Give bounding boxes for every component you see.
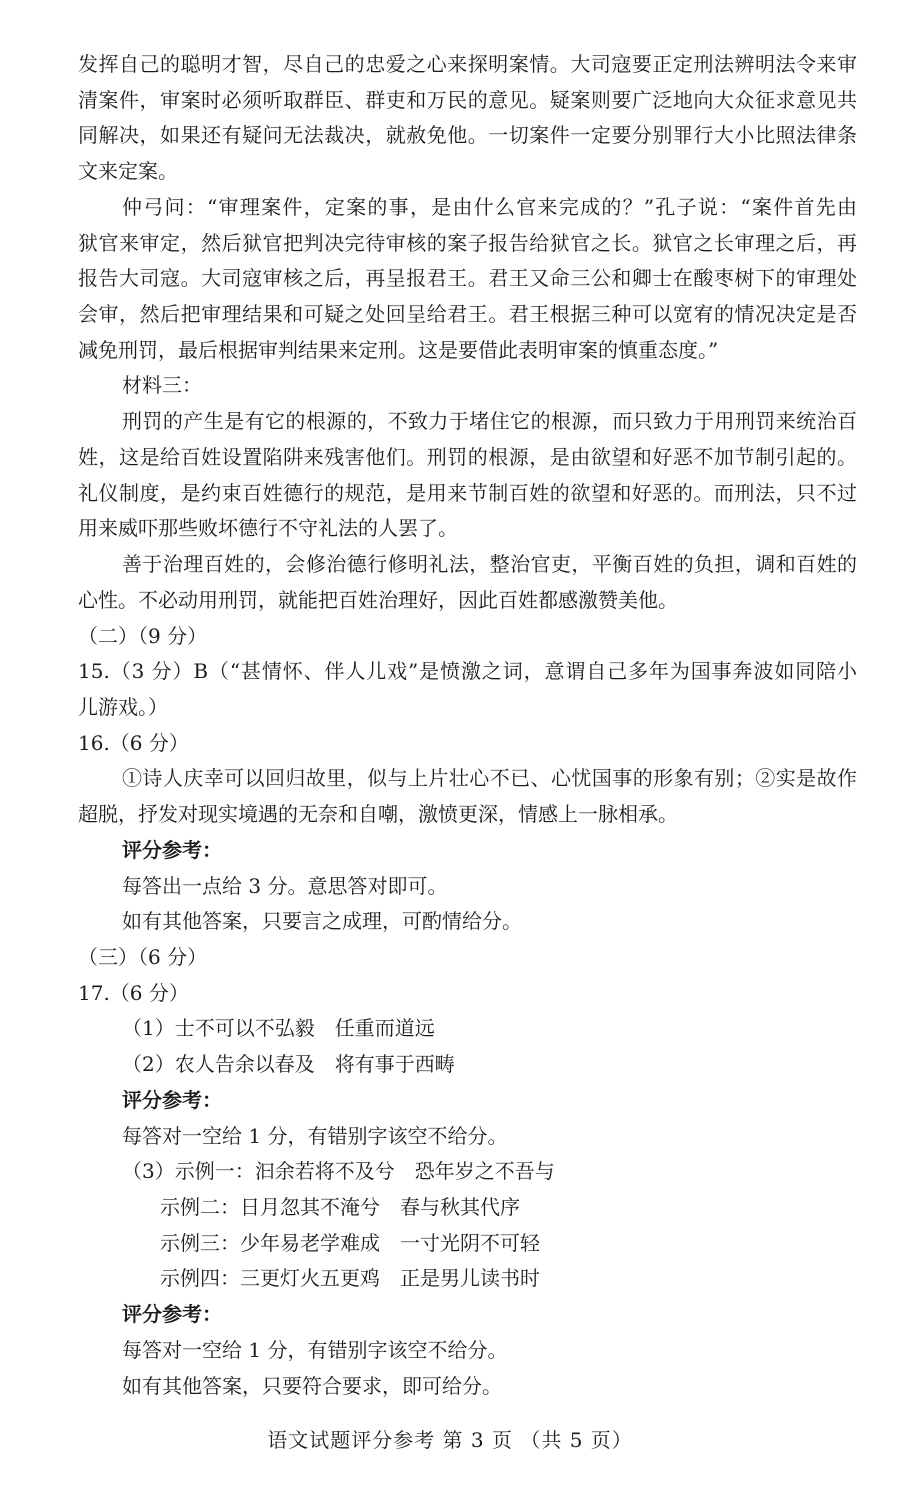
page-footer: 语文试题评分参考 第 3 页 （共 5 页） bbox=[0, 1424, 900, 1453]
text-line: 文来定案。 bbox=[78, 154, 857, 190]
text-line: 发挥自己的聪明才智，尽自己的忠爱之心来探明案情。大司寇要正定刑法辨明法令来审 bbox=[78, 47, 857, 83]
text-line: 清案件，审案时必须听取群臣、群吏和万民的意见。疑案则要广泛地向大众征求意见共 bbox=[78, 83, 857, 119]
text-line: 材料三： bbox=[78, 368, 857, 404]
text-line: 会审，然后把审理结果和可疑之处回呈给君王。君王根据三种可以宽宥的情况决定是否 bbox=[78, 297, 857, 333]
text-line: 报告大司寇。大司寇审核之后，再呈报君王。君王又命三公和卿士在酸枣树下的审理处 bbox=[78, 261, 857, 297]
text-line: 如有其他答案，只要言之成理，可酌情给分。 bbox=[78, 904, 857, 940]
text-line: 儿游戏。） bbox=[78, 690, 857, 726]
text-line: 示例四：三更灯火五更鸡 正是男儿读书时 bbox=[78, 1261, 857, 1297]
text-line: 超脱，抒发对现实境遇的无奈和自嘲，激愤更深，情感上一脉相承。 bbox=[78, 797, 857, 833]
text-line: 每答出一点给 3 分。意思答对即可。 bbox=[78, 869, 857, 905]
text-line: （2）农人告余以春及 将有事于西畴 bbox=[78, 1047, 857, 1083]
scoring-note-heading: 评分参考： bbox=[78, 1297, 857, 1333]
text-line: 狱官来审定，然后狱官把判决完待审核的案子报告给狱官之长。狱官之长审理之后，再 bbox=[78, 226, 857, 262]
text-line: 心性。不必动用刑罚，就能把百姓治理好，因此百姓都感激赞美他。 bbox=[78, 583, 857, 619]
text-line: 示例二：日月忽其不淹兮 春与秋其代序 bbox=[78, 1190, 857, 1226]
text-line: （二）（9 分） bbox=[78, 619, 857, 655]
scoring-note-heading: 评分参考： bbox=[78, 1083, 857, 1119]
text-line: 每答对一空给 1 分，有错别字该空不给分。 bbox=[78, 1333, 857, 1369]
document-page: 发挥自己的聪明才智，尽自己的忠爱之心来探明案情。大司寇要正定刑法辨明法令来审清案… bbox=[0, 0, 900, 1487]
scoring-note-heading: 评分参考： bbox=[78, 833, 857, 869]
text-line: 示例三：少年易老学难成 一寸光阴不可轻 bbox=[78, 1226, 857, 1262]
text-line: 每答对一空给 1 分，有错别字该空不给分。 bbox=[78, 1119, 857, 1155]
text-line: 善于治理百姓的，会修治德行修明礼法，整治官吏，平衡百姓的负担，调和百姓的 bbox=[78, 547, 857, 583]
text-line: 姓，这是给百姓设置陷阱来残害他们。刑罚的根源，是由欲望和好恶不加节制引起的。 bbox=[78, 440, 857, 476]
text-line: 17.（6 分） bbox=[78, 976, 857, 1012]
text-line: （1）士不可以不弘毅 任重而道远 bbox=[78, 1011, 857, 1047]
text-line: （3）示例一：汩余若将不及兮 恐年岁之不吾与 bbox=[78, 1154, 857, 1190]
text-line: 如有其他答案，只要符合要求，即可给分。 bbox=[78, 1369, 857, 1405]
text-line: 15.（3 分）B（“甚情怀、伴人儿戏”是愤激之词，意谓自己多年为国事奔波如同陪… bbox=[78, 654, 857, 690]
text-line: 礼仪制度，是约束百姓德行的规范，是用来节制百姓的欲望和好恶的。而刑法，只不过 bbox=[78, 476, 857, 512]
text-line: 刑罚的产生是有它的根源的，不致力于堵住它的根源，而只致力于用刑罚来统治百 bbox=[78, 404, 857, 440]
text-line: 同解决，如果还有疑问无法裁决，就赦免他。一切案件一定要分别罪行大小比照法律条 bbox=[78, 118, 857, 154]
text-line: 用来威吓那些败坏德行不守礼法的人罢了。 bbox=[78, 511, 857, 547]
text-line: 减免刑罚，最后根据审判结果来定刑。这是要借此表明审案的慎重态度。” bbox=[78, 333, 857, 369]
text-line: ①诗人庆幸可以回归故里，似与上片壮心不已、心忧国事的形象有别；②实是故作 bbox=[78, 761, 857, 797]
document-body: 发挥自己的聪明才智，尽自己的忠爱之心来探明案情。大司寇要正定刑法辨明法令来审清案… bbox=[78, 47, 857, 1404]
text-line: （三）（6 分） bbox=[78, 940, 857, 976]
text-line: 仲弓问：“审理案件，定案的事，是由什么官来完成的？”孔子说：“案件首先由 bbox=[78, 190, 857, 226]
text-line: 16.（6 分） bbox=[78, 726, 857, 762]
